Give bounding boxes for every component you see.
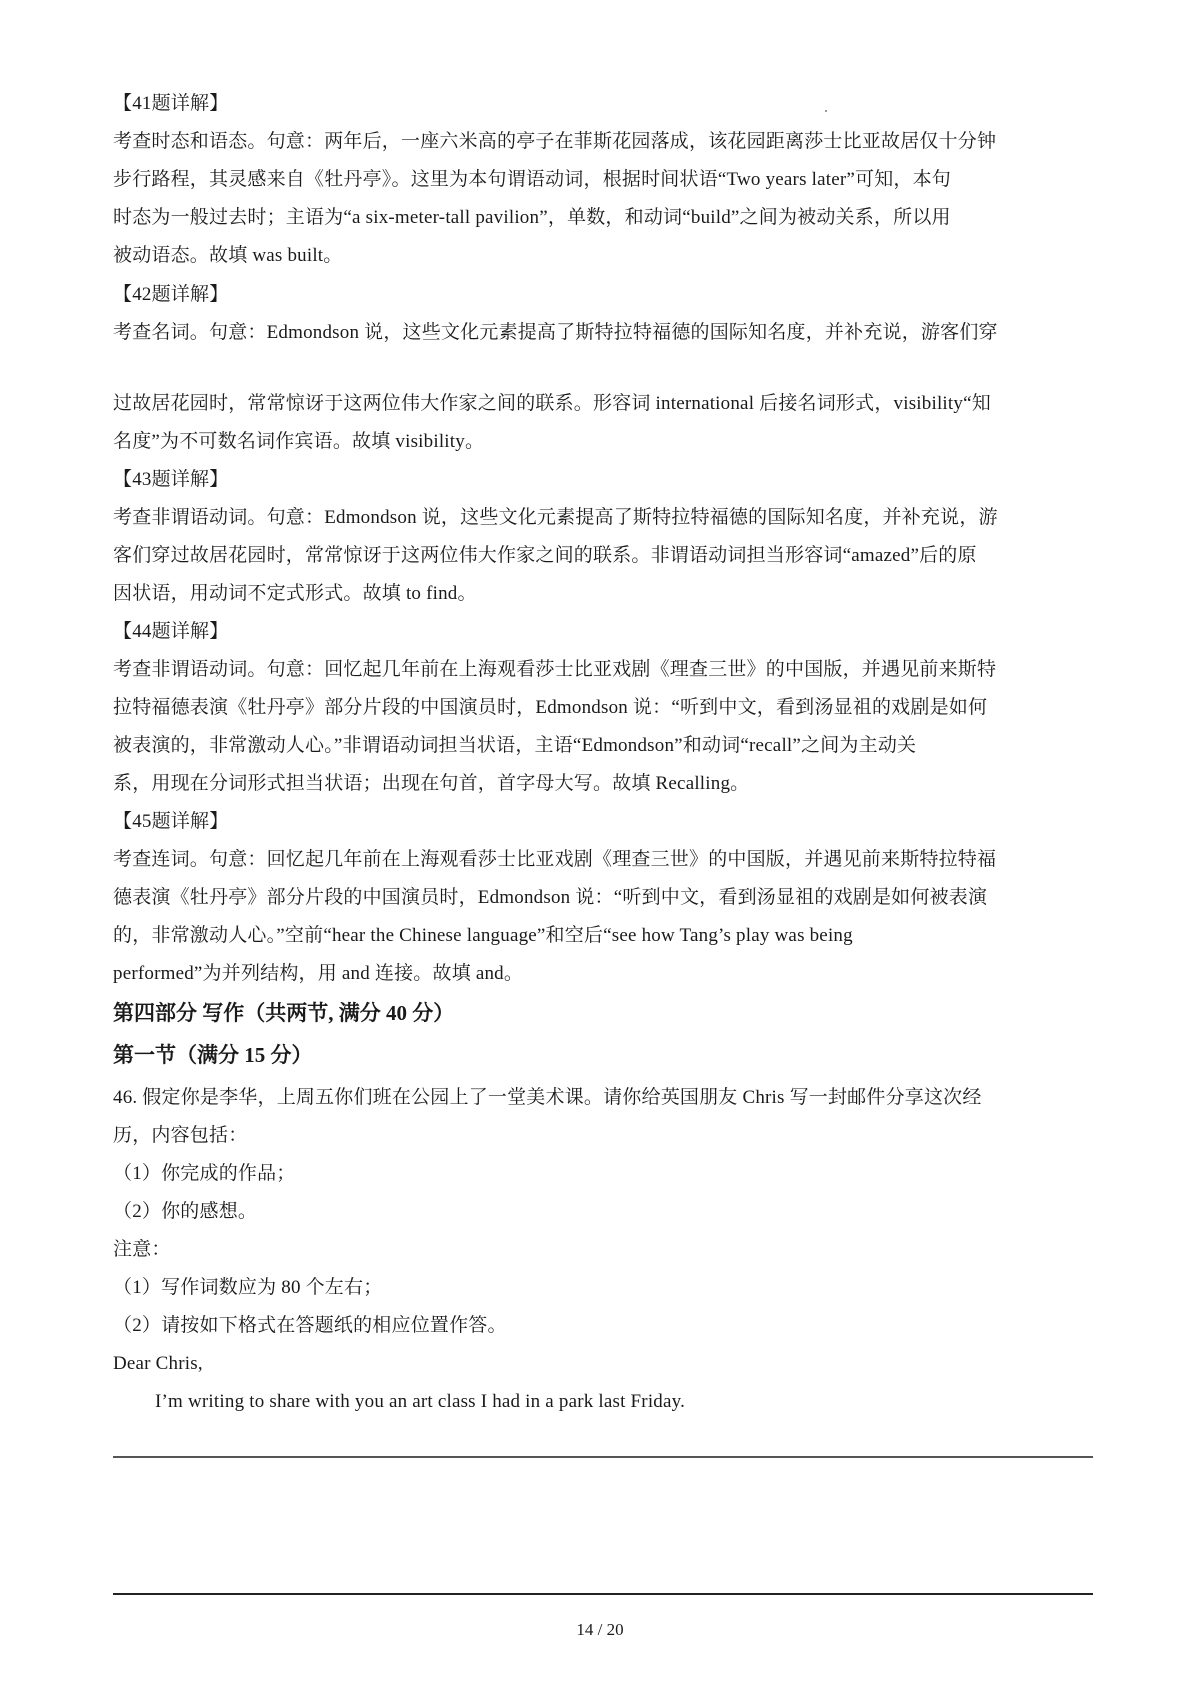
q43-line-2: 客们穿过故居花园时，常常惊讶于这两位伟大作家之间的联系。非谓语动词担当形容词“a… [113, 544, 1093, 568]
letter-opening: I’m writing to share with you an art cla… [155, 1390, 1135, 1414]
q45-line-4: performed”为并列结构，用 and 连接。故填 and。 [113, 962, 1093, 986]
q46-note-1: （1）写作词数应为 80 个左右； [113, 1276, 1093, 1300]
q44-line-4: 系，用现在分词形式担当状语；出现在句首，首字母大写。故填 Recalling。 [113, 772, 1093, 796]
q42-line-1: 考查名词。句意：Edmondson 说，这些文化元素提高了斯特拉特福德的国际知名… [113, 321, 1093, 345]
q45-line-3: 的，非常激动人心。”空前“hear the Chinese language”和… [113, 924, 1093, 948]
q46-requirement-2: （2）你的感想。 [113, 1200, 1093, 1224]
q44-line-2: 拉特福德表演《牡丹亭》部分片段的中国演员时，Edmondson 说：“听到中文，… [113, 696, 1093, 720]
q45-line-2: 德表演《牡丹亭》部分片段的中国演员时，Edmondson 说：“听到中文，看到汤… [113, 886, 1093, 910]
section1-title: 第一节（满分 15 分） [113, 1042, 313, 1068]
document-page: 【41题详解】 考查时态和语态。句意：两年后，一座六米高的亭子在菲斯花园落成，该… [0, 0, 1200, 1697]
q46-note-2: （2）请按如下格式在答题纸的相应位置作答。 [113, 1314, 1093, 1338]
part4-title: 第四部分 写作（共两节, 满分 40 分） [113, 1000, 454, 1026]
q41-heading: 【41题详解】 [113, 92, 1093, 116]
q46-prompt-line-2: 历，内容包括： [113, 1124, 1093, 1148]
q43-line-3: 因状语，用动词不定式形式。故填 to find。 [113, 582, 1093, 606]
q41-line-1: 考查时态和语态。句意：两年后，一座六米高的亭子在菲斯花园落成，该花园距离莎士比亚… [113, 130, 1093, 154]
q44-heading: 【44题详解】 [113, 620, 1093, 644]
q43-heading: 【43题详解】 [113, 468, 1093, 492]
q42-heading: 【42题详解】 [113, 283, 1093, 307]
q41-line-3: 时态为一般过去时；主语为“a six-meter-tall pavilion”，… [113, 206, 1093, 230]
answer-line-2 [113, 1593, 1093, 1595]
q45-heading: 【45题详解】 [113, 810, 1093, 834]
q44-line-3: 被表演的，非常激动人心。”非谓语动词担当状语，主语“Edmondson”和动词“… [113, 734, 1093, 758]
q44-line-1: 考查非谓语动词。句意：回忆起几年前在上海观看莎士比亚戏剧《理查三世》的中国版，并… [113, 658, 1093, 682]
letter-salutation: Dear Chris, [113, 1352, 1093, 1376]
page-number: 14 / 20 [0, 1620, 1200, 1640]
q45-line-1: 考查连词。句意：回忆起几年前在上海观看莎士比亚戏剧《理查三世》的中国版，并遇见前… [113, 848, 1093, 872]
q46-note-label: 注意： [113, 1238, 1093, 1262]
answer-line-1 [113, 1456, 1093, 1458]
q42-line-3: 名度”为不可数名词作宾语。故填 visibility。 [113, 430, 1093, 454]
q42-line-2: 过故居花园时，常常惊讶于这两位伟大作家之间的联系。形容词 internation… [113, 392, 1093, 416]
q41-line-2: 步行路程，其灵感来自《牡丹亭》。这里为本句谓语动词，根据时间状语“Two yea… [113, 168, 1093, 192]
q41-line-4: 被动语态。故填 was built。 [113, 244, 1093, 268]
q43-line-1: 考查非谓语动词。句意：Edmondson 说，这些文化元素提高了斯特拉特福德的国… [113, 506, 1093, 530]
q46-requirement-1: （1）你完成的作品； [113, 1162, 1093, 1186]
q46-prompt-line-1: 46. 假定你是李华，上周五你们班在公园上了一堂美术课。请你给英国朋友 Chri… [113, 1086, 1093, 1110]
